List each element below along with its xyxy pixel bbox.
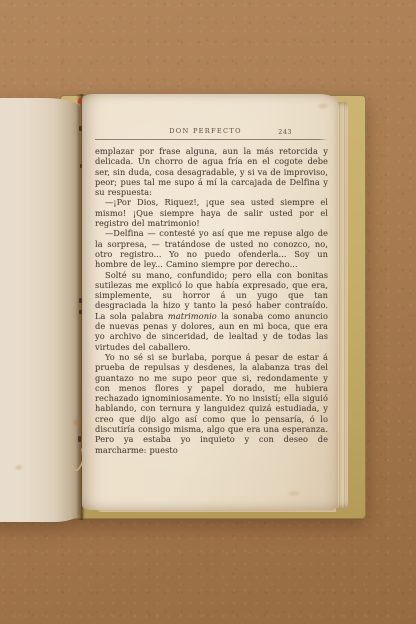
page-stain (14, 464, 24, 471)
paragraph: emplazar por frase alguna, aun la más re… (95, 146, 328, 197)
left-page-blank (0, 98, 80, 522)
photo-background: DON PERFECTO 243 emplazar por frase algu… (0, 0, 416, 624)
page-stain (316, 102, 330, 110)
book: DON PERFECTO 243 emplazar por frase algu… (0, 92, 368, 520)
right-page: DON PERFECTO 243 emplazar por frase algu… (82, 94, 338, 510)
page-stain (286, 490, 302, 497)
text-block: DON PERFECTO 243 emplazar por frase algu… (95, 127, 328, 455)
paragraph: —Delfina — contesté yo así que me repuse… (95, 228, 328, 269)
body-text: emplazar por frase alguna, aun la más re… (95, 146, 328, 455)
binding-thread-stitch (78, 436, 81, 442)
running-head: DON PERFECTO 243 (95, 127, 328, 138)
paragraph: Yo no sé si se burlaba, porque á pesar d… (95, 352, 328, 455)
page-stain (72, 418, 81, 427)
running-head-page-number: 243 (278, 128, 292, 136)
running-head-rule (95, 139, 328, 140)
paragraph: Solté su mano, confundido; pero ella con… (95, 270, 328, 352)
paragraph: —¡Por Dios, Riquez!, ¡que sea usted siem… (95, 197, 328, 228)
